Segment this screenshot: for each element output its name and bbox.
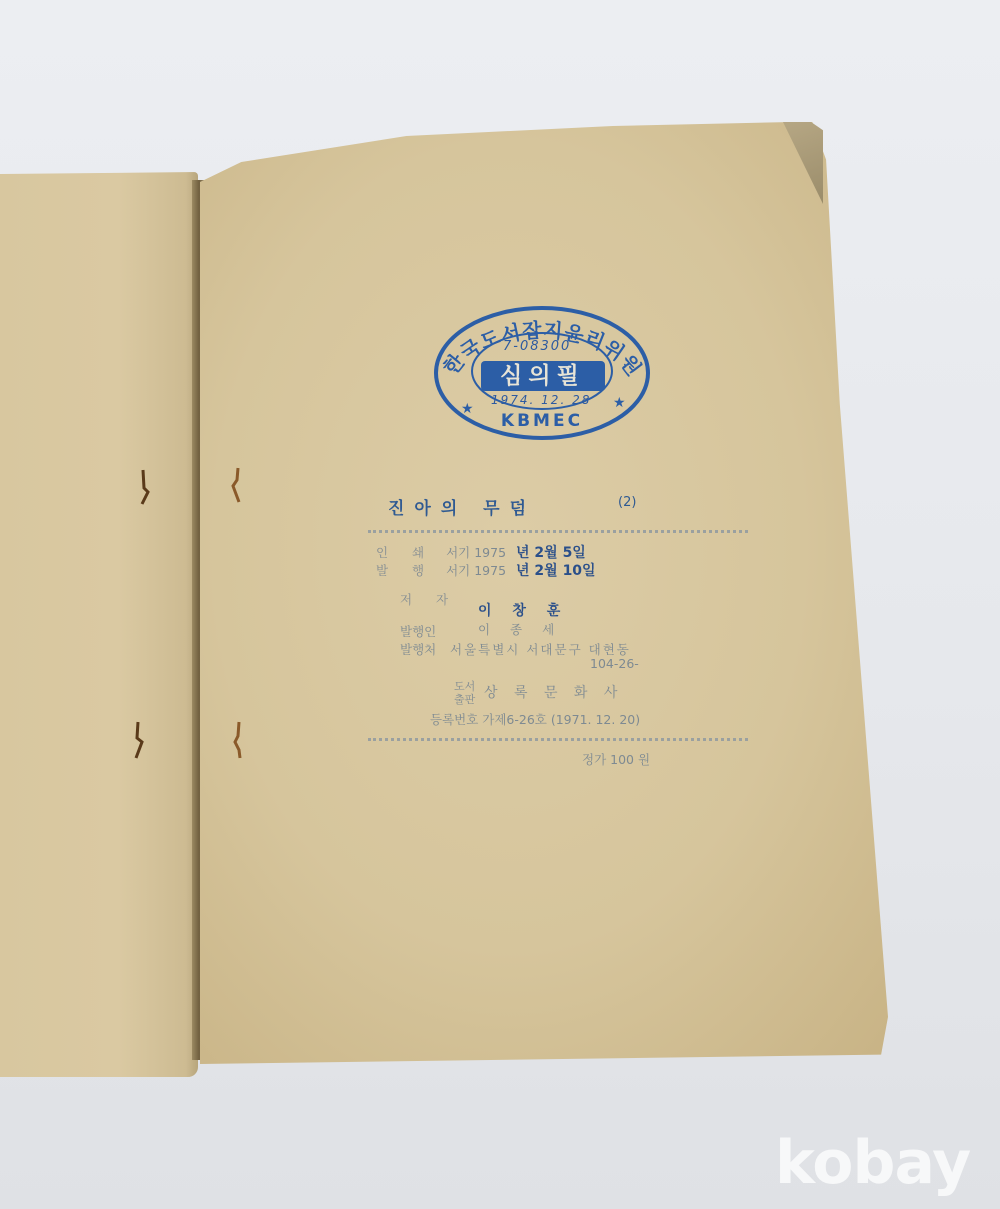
registration-number: 등록번호 가제6-26호 (1971. 12. 20) — [430, 710, 640, 728]
printing-prefix: 서기 1975 — [446, 545, 506, 560]
author-name: 이 창 훈 — [478, 600, 568, 620]
stamp-serial-number: 7-08300 — [503, 339, 571, 354]
issue-date-row: 발 행 서기 1975 년 2월 10일 — [376, 560, 596, 580]
censorship-stamp: 한국도서잡지윤리위원회 ★ ★ 7-08300 심의필 1974. 12. 28… — [433, 305, 651, 441]
svg-text:★: ★ — [613, 395, 626, 411]
author-label: 저 자 — [400, 590, 458, 608]
left-page — [0, 172, 198, 1077]
printing-label: 인 쇄 — [376, 545, 434, 560]
publisher-name: 상 록 문 화 사 — [484, 682, 623, 702]
printing-date-row: 인 쇄 서기 1975 년 2월 5일 — [376, 542, 586, 562]
issue-prefix: 서기 1975 — [446, 563, 506, 578]
issue-date-handwritten: 년 2월 10일 — [516, 563, 596, 579]
printing-date-handwritten: 년 2월 5일 — [516, 545, 586, 561]
publisher-person-label: 발행인 — [400, 622, 436, 640]
stamp-approval-banner: 심의필 — [485, 361, 600, 391]
volume-number: (2) — [618, 495, 636, 510]
publisher-type-bottom: 출판 — [454, 691, 475, 707]
price: 정가 100 원 — [582, 750, 650, 768]
dotted-divider — [368, 530, 748, 537]
staple-hole-icon — [229, 466, 243, 506]
staple-hole-icon — [131, 720, 145, 760]
stamp-abbreviation: KBMEC — [433, 411, 651, 431]
staple-hole-icon — [231, 720, 245, 760]
issue-label: 발 행 — [376, 563, 434, 578]
publisher-address-number: 104-26- — [590, 656, 639, 671]
right-page — [200, 122, 888, 1064]
publisher-address-label: 발행처 — [400, 640, 436, 658]
watermark-logo: kobay — [775, 1128, 970, 1198]
stamp-date: 1974. 12. 28 — [491, 393, 591, 407]
publisher-person: 이 종 세 — [478, 620, 562, 638]
book-title: 진아의 무덤 — [388, 494, 536, 519]
staple-hole-icon — [137, 468, 151, 508]
dotted-divider — [368, 738, 748, 745]
